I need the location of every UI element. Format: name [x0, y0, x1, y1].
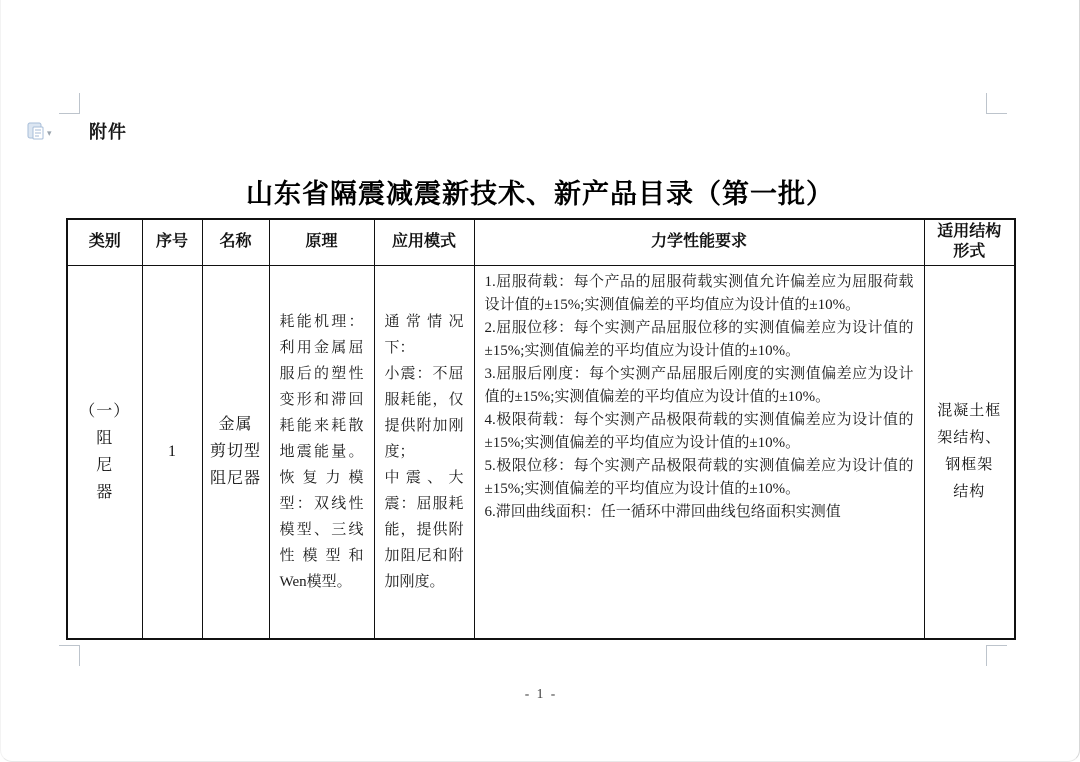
page-number: - 1 -: [1, 686, 1080, 702]
catalog-table: 类别 序号 名称 原理 应用模式 力学性能要求 适用结构形式 （一） 阻 尼 器…: [66, 218, 1016, 640]
page-title: 山东省隔震减震新技术、新产品目录（第一批）: [66, 172, 1014, 211]
column-header-application-mode: 应用模式: [374, 219, 474, 265]
document-page: ▾ 附件 山东省隔震减震新技术、新产品目录（第一批） 类别 序号 名称 原理 应…: [0, 0, 1080, 762]
cell-application-mode: 通常情况下： 小震：不屈服耗能，仅提供附加刚度； 中震、大震：屈服耗能，提供附加…: [374, 265, 474, 639]
cell-category: （一） 阻 尼 器: [67, 265, 142, 639]
paste-options-button[interactable]: ▾: [27, 122, 52, 145]
table-row: （一） 阻 尼 器 1 金属 剪切型 阻尼器 耗能机理：利用金属屈服后的塑性变形…: [67, 265, 1015, 639]
cell-principle: 耗能机理：利用金属屈服后的塑性变形和滞回耗能来耗散地震能量。恢复力模型：双线性模…: [269, 265, 374, 639]
cell-name: 金属 剪切型 阻尼器: [202, 265, 269, 639]
column-header-serial: 序号: [142, 219, 202, 265]
text-boundary-mark-top-right: [986, 93, 1007, 114]
text-boundary-mark-top-left: [59, 93, 80, 114]
column-header-category: 类别: [67, 219, 142, 265]
mech-requirement-4: 4.极限荷载：每个实测产品极限荷载的实测值偏差应为设计值的±15%;实测值偏差的…: [485, 409, 914, 455]
column-header-name: 名称: [202, 219, 269, 265]
mech-requirement-6: 6.滞回曲线面积：任一循环中滞回曲线包络面积实测值: [485, 501, 914, 524]
column-header-principle: 原理: [269, 219, 374, 265]
mech-requirement-3: 3.屈服后刚度：每个实测产品屈服后刚度的实测值偏差应为设计值的±15%;实测值偏…: [485, 363, 914, 409]
header-row: 类别 序号 名称 原理 应用模式 力学性能要求 适用结构形式: [67, 219, 1015, 265]
paste-clipboard-icon: [27, 122, 44, 145]
attachment-label: 附件: [89, 118, 127, 144]
mech-requirement-2: 2.屈服位移：每个实测产品屈服位移的实测值偏差应为设计值的±15%;实测值偏差的…: [485, 317, 914, 363]
cell-serial: 1: [142, 265, 202, 639]
text-boundary-mark-bottom-left: [59, 645, 80, 666]
text-boundary-mark-bottom-right: [986, 645, 1007, 666]
cell-mechanical-requirements: 1.屈服荷载：每个产品的屈服荷载实测值允许偏差应为屈服荷载设计值的±15%;实测…: [474, 265, 924, 639]
chevron-down-icon: ▾: [47, 129, 52, 138]
column-header-mechanical-requirements: 力学性能要求: [474, 219, 924, 265]
column-header-structure-type: 适用结构形式: [924, 219, 1015, 265]
mech-requirement-1: 1.屈服荷载：每个产品的屈服荷载实测值允许偏差应为屈服荷载设计值的±15%;实测…: [485, 271, 914, 317]
cell-structure-type: 混凝土框 架结构、 钢框架 结构: [924, 265, 1015, 639]
mech-requirement-5: 5.极限位移：每个实测产品极限荷载的实测值偏差应为设计值的±15%;实测值偏差的…: [485, 455, 914, 501]
